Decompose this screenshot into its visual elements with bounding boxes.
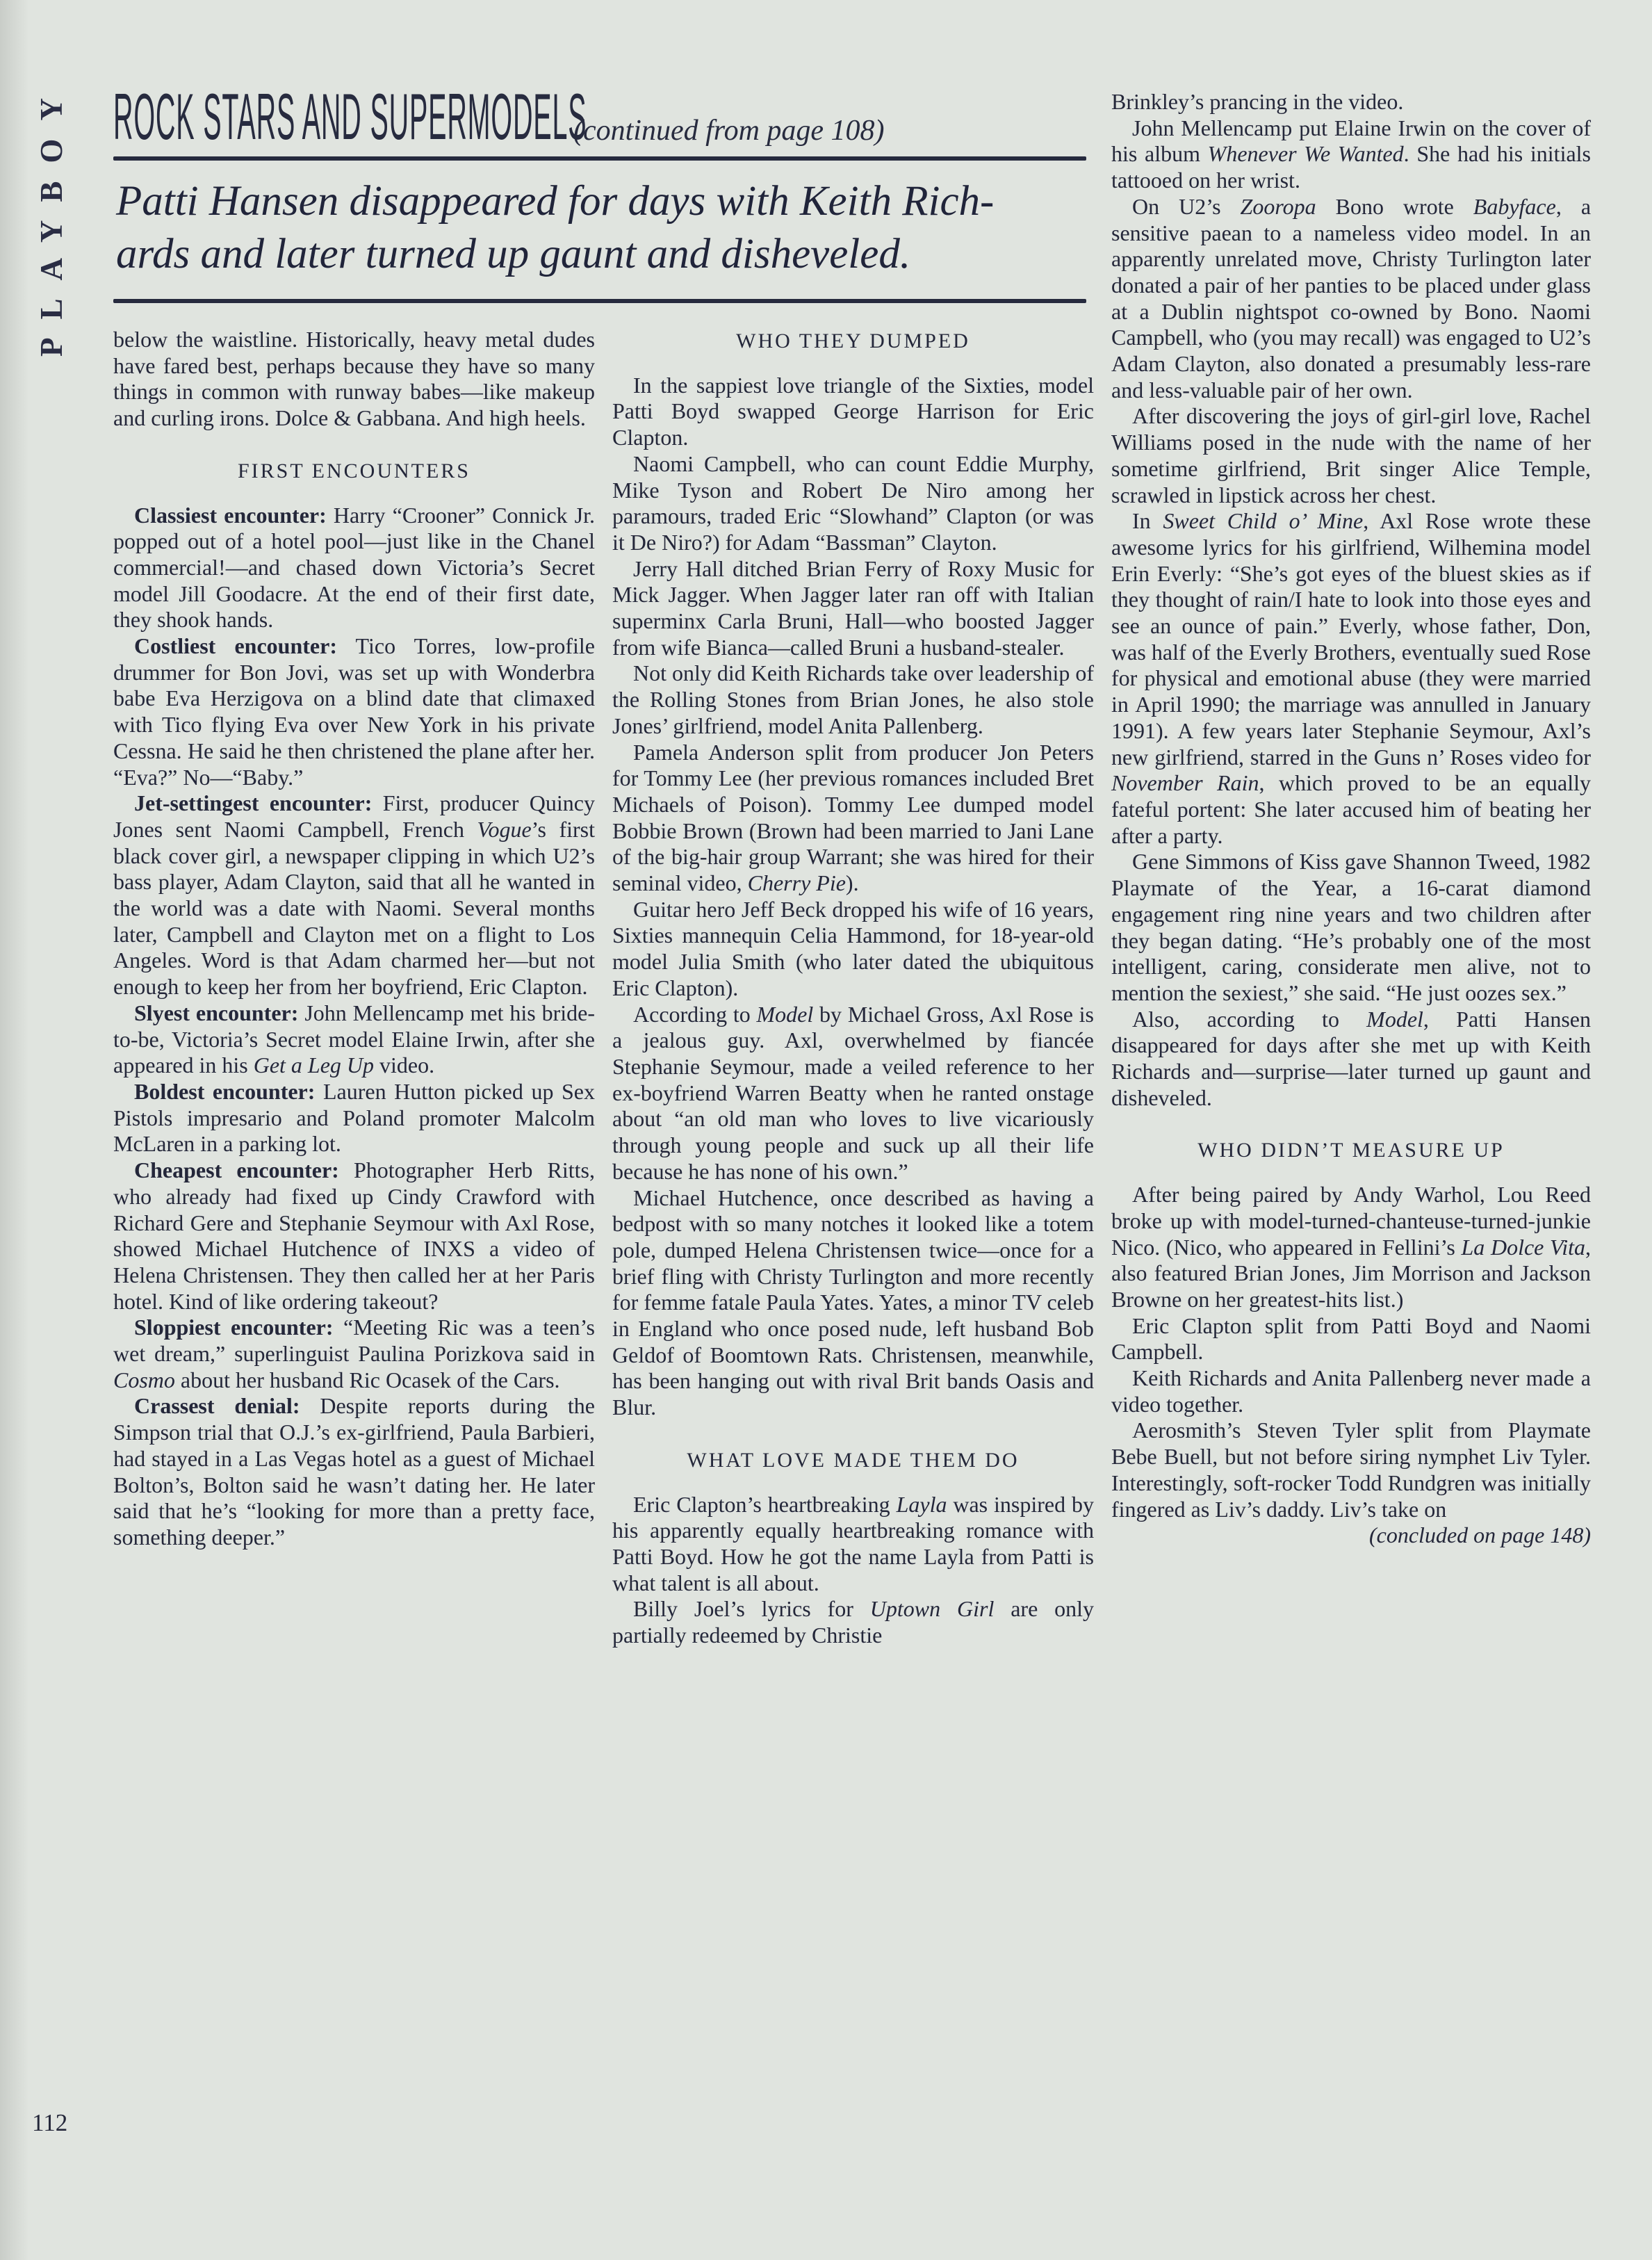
text-run: Sweet Child o’ Mine [1163,508,1363,533]
pull-quote: Patti Hansen disappeared for days with K… [116,175,1086,281]
article-header: ROCK STARS AND SUPERMODELS (continued fr… [113,78,1088,328]
continued-from-note: (continued from page 108) [573,114,885,147]
text-run: Sloppiest encounter: [134,1315,334,1340]
paragraph: Eric Clapton’s heartbreaking Layla was i… [612,1492,1094,1597]
paragraph: John Mellencamp put Elaine Irwin on the … [1111,115,1591,194]
paragraph: According to Model by Michael Gross, Axl… [612,1002,1094,1185]
text-run: Model [757,1002,814,1027]
paragraph: Gene Simmons of Kiss gave Shannon Tweed,… [1111,849,1591,1006]
paragraph: Billy Joel’s lyrics for Uptown Girl are … [612,1596,1094,1648]
page-number: 112 [32,2109,67,2137]
text-run: Boldest encounter: [134,1079,315,1104]
text-run: Bono wrote [1316,194,1473,219]
paragraph: On U2’s Zooropa Bono wrote Babyface, a s… [1111,194,1591,404]
text-run: Slyest encounter: [134,1000,298,1025]
article-title: ROCK STARS AND SUPERMODELS [113,82,587,152]
text-run: Cheapest encounter: [134,1157,339,1182]
paragraph: Brinkley’s prancing in the video. [1111,89,1591,115]
text-run: Eric Clapton split from Patti Boyd and N… [1111,1313,1591,1365]
text-run: After discovering the joys of girl-girl … [1111,403,1591,507]
paragraph: (concluded on page 148) [1111,1522,1591,1549]
page-binding-shadow [0,0,29,2260]
body-column-3: Brinkley’s prancing in the video.John Me… [1111,89,1591,1549]
text-run: below the waistline. Historically, heavy… [113,327,595,430]
paragraph: Naomi Campbell, who can count Eddie Murp… [612,451,1094,556]
text-run: Zooropa [1241,194,1316,219]
text-run: Uptown Girl [870,1596,995,1621]
text-run: ). [846,870,859,895]
section-heading: WHO THEY DUMPED [612,328,1094,355]
paragraph: Eric Clapton split from Patti Boyd and N… [1111,1313,1591,1365]
text-run: Michael Hutchence, once described as hav… [612,1185,1094,1420]
spine-magazine-name: PLAYBOY [33,80,69,357]
paragraph: Jerry Hall ditched Brian Ferry of Roxy M… [612,556,1094,661]
text-run: La Dolce Vita [1462,1235,1586,1260]
paragraph: Slyest encounter: John Mellencamp met hi… [113,1000,595,1079]
pull-quote-line-2: ards and later turned up gaunt and dishe… [116,228,1086,281]
text-run: Jerry Hall ditched Brian Ferry of Roxy M… [612,556,1094,660]
text-run: Gene Simmons of Kiss gave Shannon Tweed,… [1111,849,1591,1005]
text-run: Keith Richards and Anita Pallenberg neve… [1111,1365,1591,1417]
text-run: On U2’s [1132,194,1241,219]
paragraph: Also, according to Model, Patti Hansen d… [1111,1007,1591,1112]
text-run: (concluded on page 148) [1369,1522,1591,1547]
text-run: Naomi Campbell, who can count Eddie Murp… [612,451,1094,555]
text-run: Layla [897,1492,947,1517]
text-run: In the sappiest love triangle of the Six… [612,373,1094,450]
text-run: Jet-settingest encounter: [134,790,372,815]
text-run: Brinkley’s prancing in the video. [1111,89,1403,114]
text-run: Vogue [477,817,531,842]
text-run: about her husband Ric Ocasek of the Cars… [175,1367,560,1392]
paragraph: After discovering the joys of girl-girl … [1111,403,1591,508]
text-run: , a sensitive paean to a nameless video … [1111,194,1591,403]
text-run: Cherry Pie [748,870,846,895]
text-run: Also, according to [1132,1007,1366,1032]
paragraph: Not only did Keith Richards take over le… [612,660,1094,739]
text-run: Guitar hero Jeff Beck dropped his wife o… [612,897,1094,1000]
paragraph: Boldest encounter: Lauren Hutton picked … [113,1079,595,1157]
paragraph: In Sweet Child o’ Mine, Axl Rose wrote t… [1111,508,1591,849]
text-run: Cosmo [113,1367,175,1392]
paragraph: Jet-settingest encounter: First, produce… [113,790,595,1000]
paragraph: Sloppiest encounter: “Meeting Ric was a … [113,1315,595,1393]
magazine-page: { "page": { "background_color": "#e0e4df… [0,0,1652,2260]
paragraph: After being paired by Andy Warhol, Lou R… [1111,1182,1591,1313]
text-run: Get a Leg Up [254,1052,374,1078]
paragraph: Guitar hero Jeff Beck dropped his wife o… [612,897,1094,1002]
paragraph: Aerosmith’s Steven Tyler split from Play… [1111,1417,1591,1522]
text-run: ’s first black cover girl, a newspaper c… [113,817,595,999]
text-run: Whenever We Wanted [1208,141,1404,166]
text-run: Aerosmith’s Steven Tyler split from Play… [1111,1417,1591,1521]
bottom-divider-rule [113,299,1086,303]
text-run: In [1132,508,1163,533]
paragraph: Costliest encounter: Tico Torres, low-pr… [113,633,595,790]
text-run: Not only did Keith Richards take over le… [612,660,1094,738]
body-column-1: below the waistline. Historically, heavy… [113,327,595,1551]
paragraph: Classiest encounter: Harry “Crooner” Con… [113,503,595,634]
section-heading: FIRST ENCOUNTERS [113,458,595,485]
paragraph: Crassest denial: Despite reports during … [113,1393,595,1550]
text-run: , Axl Rose wrote these awesome lyrics fo… [1111,508,1591,769]
text-run: According to [633,1002,757,1027]
text-run: Eric Clapton’s heartbreaking [633,1492,897,1517]
text-run: Model [1366,1007,1423,1032]
text-run: video. [374,1052,434,1078]
paragraph: Pamela Anderson split from producer Jon … [612,740,1094,897]
paragraph: In the sappiest love triangle of the Six… [612,373,1094,451]
text-run: by Michael Gross, Axl Rose is a jealous … [612,1002,1094,1184]
text-run: November Rain [1111,770,1259,795]
section-heading: WHO DIDN’T MEASURE UP [1111,1137,1591,1164]
text-run: Classiest encounter: [134,503,327,528]
body-column-2: WHO THEY DUMPEDIn the sappiest love tria… [612,327,1094,1649]
pull-quote-line-1: Patti Hansen disappeared for days with K… [116,175,1086,228]
section-heading: WHAT LOVE MADE THEM DO [612,1447,1094,1474]
paragraph: Keith Richards and Anita Pallenberg neve… [1111,1365,1591,1417]
paragraph: Michael Hutchence, once described as hav… [612,1185,1094,1421]
text-run: Costliest encounter: [134,633,337,658]
text-run: Babyface [1473,194,1556,219]
top-divider-rule [113,156,1086,161]
paragraph: below the waistline. Historically, heavy… [113,327,595,432]
text-run: Crassest denial: [134,1393,300,1418]
paragraph: Cheapest encounter: Photographer Herb Ri… [113,1157,595,1315]
text-run: Billy Joel’s lyrics for [633,1596,870,1621]
